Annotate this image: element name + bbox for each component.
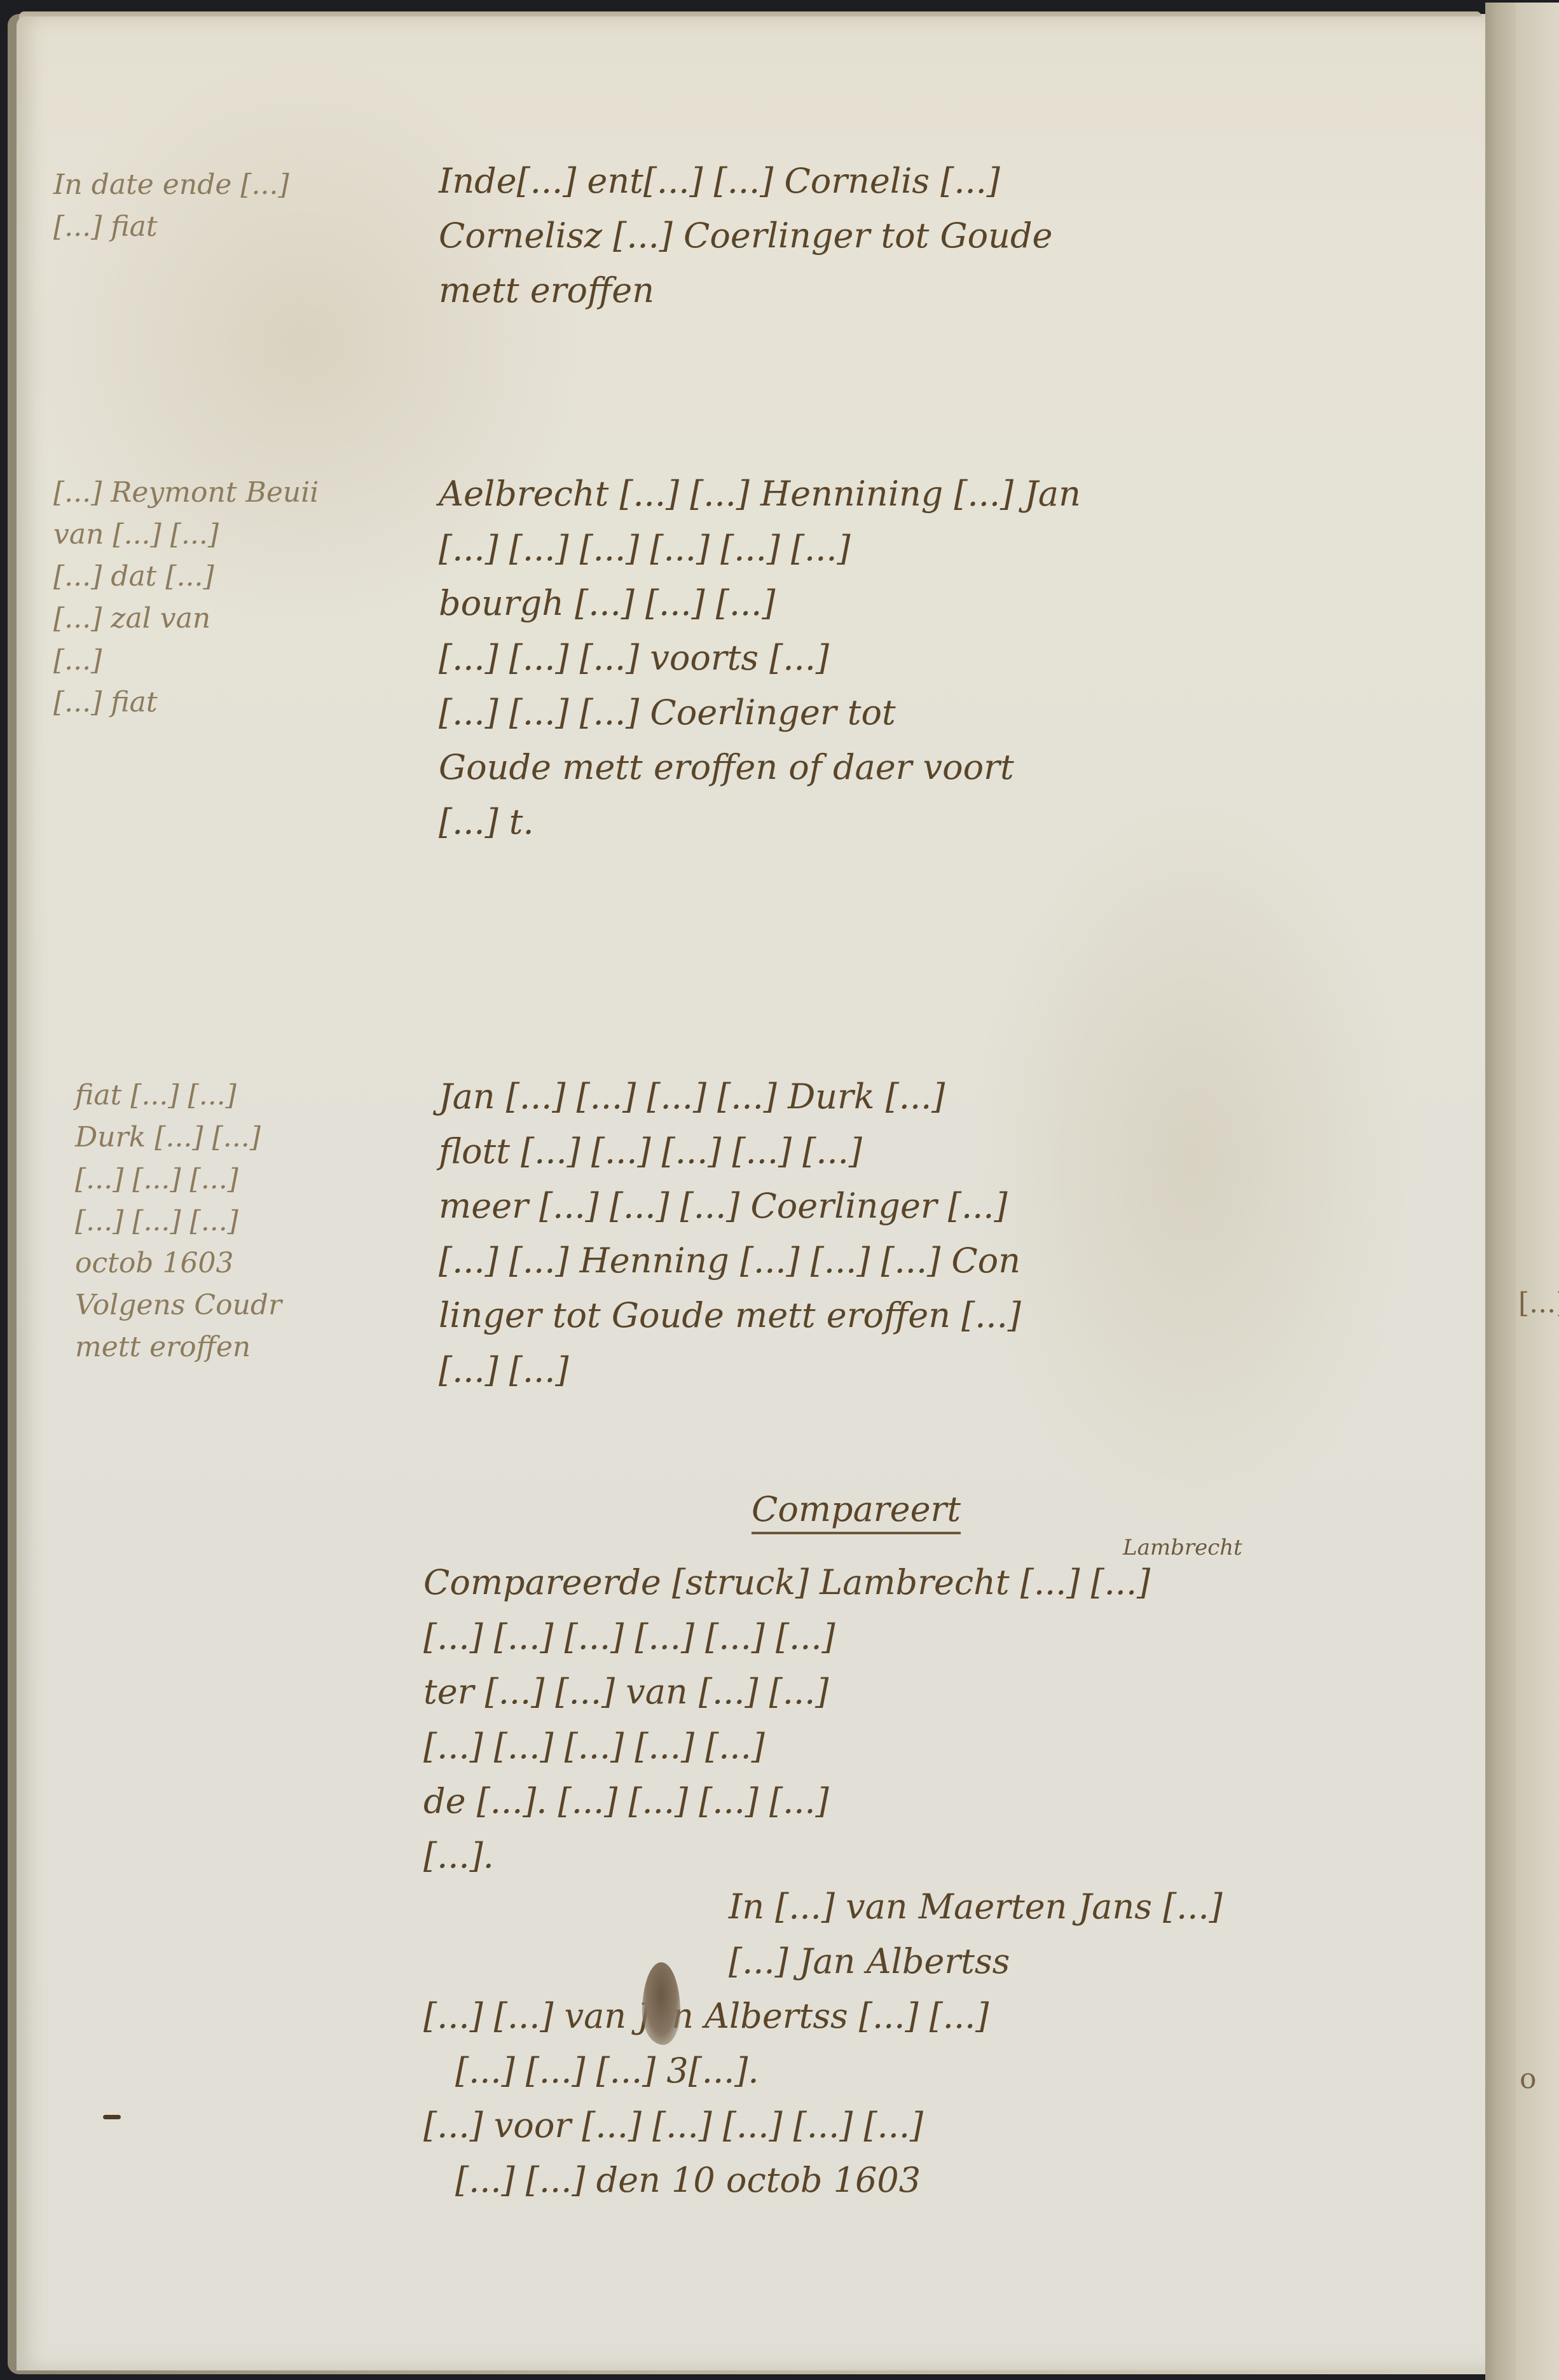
margin-note-line: [...] zal van [53,598,319,640]
entry-line: Jan [...] [...] [...] [...] Durk [...] [439,1070,1021,1124]
margin-note-2: [...] Reymont Beuii van [...] [...] [...… [53,472,319,724]
entry-5-body: In [...] van Maerten Jans [...] [...] Ja… [423,1880,1223,2208]
entry-line: [...] [...] Henning [...] [...] [...] Co… [439,1234,1021,1288]
margin-note-line: van [...] [...] [53,514,319,556]
margin-note-line: [...] dat [...] [53,556,319,598]
margin-note-line: mett eroffen [75,1326,282,1368]
entry-line: meer [...] [...] [...] Coerlinger [...] [439,1179,1021,1234]
entry-1-body: Inde[...] ent[...] [...] Cornelis [...] … [439,154,1053,318]
entry-3-body: Jan [...] [...] [...] [...] Durk [...] f… [439,1070,1021,1398]
entry-line: [...] voor [...] [...] [...] [...] [...] [423,2098,1223,2153]
facing-page-edge: [...] o [1516,3,1559,2380]
margin-note-line: [...] [...] [...] [75,1159,282,1200]
margin-note-line: fiat [...] [...] [75,1075,282,1117]
margin-note-line: [...] Reymont Beuii [53,472,319,514]
entry-line: In [...] van Maerten Jans [...] [423,1880,1223,1934]
entry-line: Compareerde [struck] Lambrecht [...] [..… [423,1555,1150,1610]
margin-note-1: In date ende [...] [...] fiat [53,164,289,248]
entry-line: [...] [...] [...] [...] [...] [...] [423,1610,1150,1665]
margin-note-line: [...] fiat [53,682,319,724]
margin-note-line: [...] fiat [53,206,289,248]
margin-note-line: octob 1603 [75,1242,282,1284]
entry-line: [...]. [423,1829,1150,1883]
entry-4-body: Compareerde [struck] Lambrecht [...] [..… [423,1555,1150,1883]
entry-line: flott [...] [...] [...] [...] [...] [439,1124,1021,1179]
margin-note-3: fiat [...] [...] Durk [...] [...] [...] … [75,1075,282,1368]
paper-stain [970,780,1415,1543]
entry-line: [...] [...] den 10 octob 1603 [423,2153,1223,2208]
stray-ink-mark [103,2115,121,2119]
entry-line: [...] [...] [...] Coerlinger tot [439,685,1081,740]
entry-line: [...] [...] [...] 3[...]. [423,2044,1223,2098]
entry-line: de [...]. [...] [...] [...] [...] [423,1774,1150,1829]
margin-note-line: [...] [...] [...] [75,1200,282,1242]
book-gutter [1485,3,1516,2380]
entry-line: Aelbrecht [...] [...] Hennining [...] Ja… [439,467,1081,521]
entry-line: [...] [...] [...] [...] [...] [...] [439,521,1081,576]
manuscript-scan: In date ende [...] [...] fiat Inde[...] … [0,0,1559,2380]
facing-page-text: [...] [1518,1287,1559,1319]
entry-line: Inde[...] ent[...] [...] Cornelis [...] [439,154,1053,209]
entry-line: mett eroffen [439,263,1053,318]
entry-line: [...] [...] [...] voorts [...] [439,631,1081,685]
entry-4-heading: Compareert [752,1489,961,1534]
entry-line: ter [...] [...] van [...] [...] [423,1665,1150,1719]
entry-line: Goude mett eroffen of daer voort [439,740,1081,795]
margin-note-line: Durk [...] [...] [75,1117,282,1159]
entry-line: linger tot Goude mett eroffen [...] [439,1288,1021,1343]
facing-page-text: o [1520,2063,1537,2095]
entry-line: [...] [...] [439,1343,1021,1398]
entry-line: [...] t. [439,795,1081,850]
entry-line: [...] [...] [...] [...] [...] [423,1719,1150,1774]
entry-line: [...] [...] van Jan Albertss [...] [...] [423,1989,1223,2044]
margin-note-line: In date ende [...] [53,164,289,206]
margin-note-line: Volgens Coudr [75,1284,282,1326]
margin-note-line: [...] [53,640,319,682]
entry-line: bourgh [...] [...] [...] [439,576,1081,631]
entry-2-body: Aelbrecht [...] [...] Hennining [...] Ja… [439,467,1081,850]
entry-line: [...] Jan Albertss [423,1934,1223,1989]
entry-line: Cornelisz [...] Coerlinger tot Goude [439,209,1053,263]
manuscript-page: In date ende [...] [...] fiat Inde[...] … [17,17,1493,2370]
